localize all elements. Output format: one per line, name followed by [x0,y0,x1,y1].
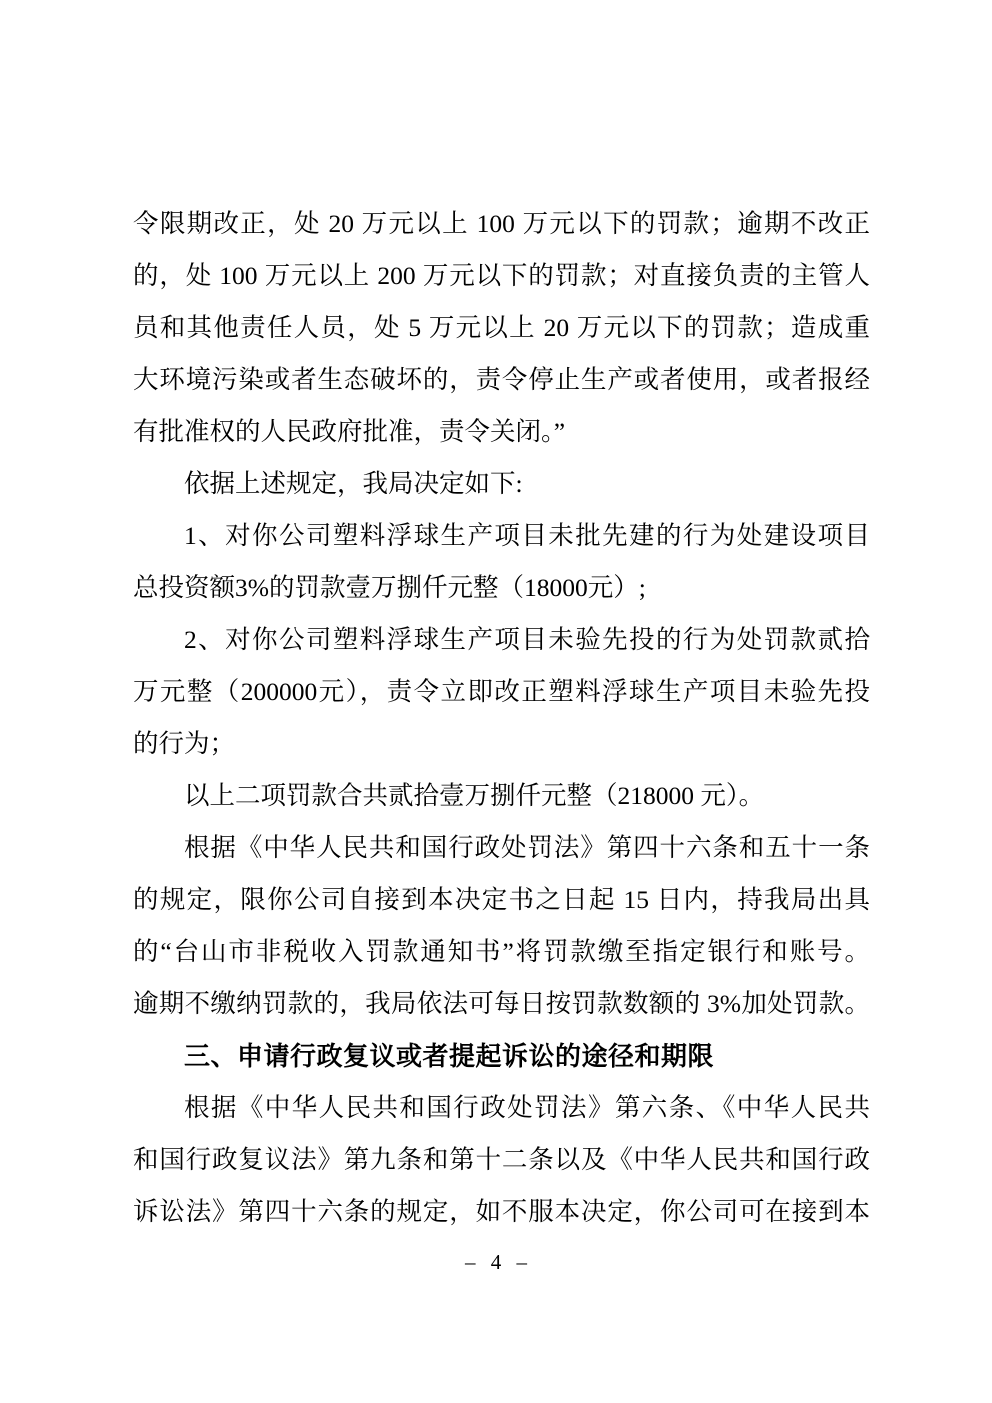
text-line: 大环境污染或者生态破坏的，责令停止生产或者使用，或者报经 [133,354,870,406]
text-line: 的行为； [133,718,870,770]
text-line: 有批准权的人民政府批准，责令关闭。” [133,406,870,458]
section-heading: 三、申请行政复议或者提起诉讼的途径和期限 [133,1030,870,1082]
text-line: 总投资额3%的罚款壹万捌仟元整（18000元）; [133,562,870,614]
text-line: 的，处 100 万元以上 200 万元以下的罚款；对直接负责的主管人 [133,250,870,302]
text-line: 万元整（200000元），责令立即改正塑料浮球生产项目未验先投 [133,666,870,718]
text-line: 根据《中华人民共和国行政处罚法》第六条、《中华人民共 [133,1082,870,1134]
text-line: 以上二项罚款合共贰拾壹万捌仟元整（218000 元）。 [133,770,870,822]
document-page: 令限期改正，处 20 万元以上 100 万元以下的罚款；逾期不改正的，处 100… [0,0,992,1403]
page-number: – 4 – [0,1250,992,1275]
text-line: 的规定，限你公司自接到本决定书之日起 15 日内，持我局出具 [133,874,870,926]
text-line: 和国行政复议法》第九条和第十二条以及《中华人民共和国行政 [133,1134,870,1186]
text-line: 根据《中华人民共和国行政处罚法》第四十六条和五十一条 [133,822,870,874]
text-line: 的“台山市非税收入罚款通知书”将罚款缴至指定银行和账号。 [133,926,870,978]
document-body-text: 令限期改正，处 20 万元以上 100 万元以下的罚款；逾期不改正的，处 100… [133,198,870,1238]
text-line: 逾期不缴纳罚款的，我局依法可每日按罚款数额的 3%加处罚款。 [133,978,870,1030]
text-line: 员和其他责任人员，处 5 万元以上 20 万元以下的罚款；造成重 [133,302,870,354]
text-line: 诉讼法》第四十六条的规定，如不服本决定，你公司可在接到本 [133,1186,870,1238]
text-line: 1、对你公司塑料浮球生产项目未批先建的行为处建设项目 [133,510,870,562]
text-line: 依据上述规定，我局决定如下: [133,458,870,510]
text-line: 2、对你公司塑料浮球生产项目未验先投的行为处罚款贰拾 [133,614,870,666]
text-line: 令限期改正，处 20 万元以上 100 万元以下的罚款；逾期不改正 [133,198,870,250]
